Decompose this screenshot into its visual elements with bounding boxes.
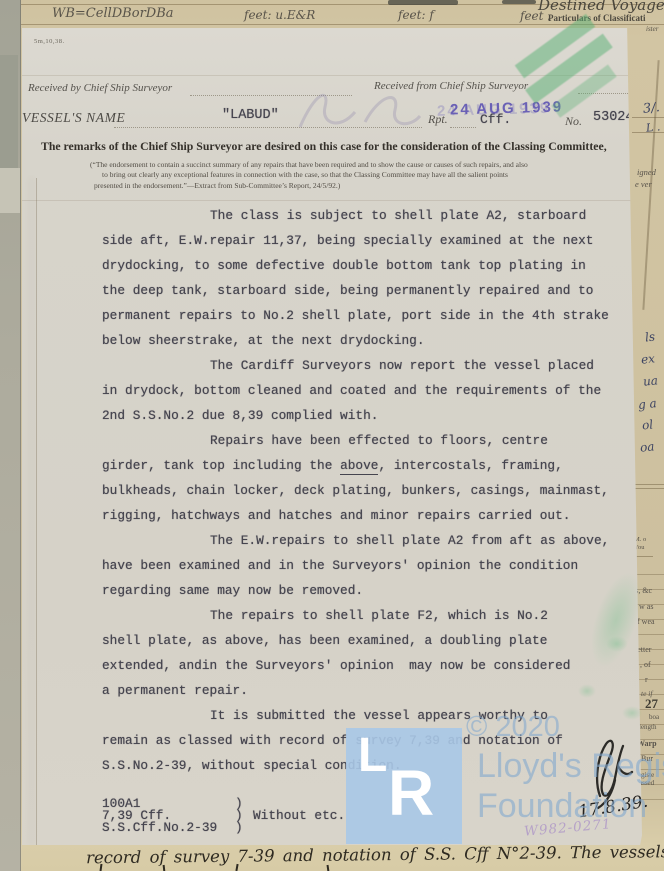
handwritten-endorsement: record of survey 7-39 and notation of S.… <box>86 842 664 868</box>
ledger-register-fragment: ister <box>646 25 658 33</box>
ink-stroke <box>327 865 330 871</box>
paper-fold-line <box>36 178 37 845</box>
endorsement-note-line: (“The endorsement to contain a succinct … <box>90 160 528 169</box>
typed-line: The class is subject to shell plate A2, … <box>210 208 586 223</box>
margin-fragment: f wea <box>637 617 655 626</box>
rpt-rule <box>450 126 476 128</box>
typed-line: have been examined and in the Surveyors'… <box>102 558 578 573</box>
scanned-survey-report: WB=CellDBorDBa feet: u.E&R feet: f feet … <box>0 0 664 871</box>
received-by-label: Received by Chief Ship Surveyor <box>28 82 172 94</box>
margin-fragment: igned <box>637 167 656 177</box>
typed-line: Repairs have been effected to floors, ce… <box>210 433 548 448</box>
margin-rule <box>632 117 664 118</box>
typed-line: extended, andin the Surveyors' opinion m… <box>102 658 570 673</box>
margin-handwriting: ol <box>641 417 653 432</box>
margin-fragment: 27 <box>645 696 658 712</box>
typed-line: girder, tank top including the above, in… <box>102 458 563 473</box>
underlined-word: above <box>340 458 378 475</box>
margin-fragment: r <box>645 675 648 684</box>
typed-line: regarding same may now be removed. <box>102 583 363 598</box>
typed-segment: , intercostals, framing, <box>378 458 562 473</box>
typed-line: The E.W.repairs to shell plate A2 from a… <box>210 533 609 548</box>
paper-crease <box>22 200 642 201</box>
typed-line: a permanent repair. <box>102 683 248 698</box>
margin-handwriting: oa <box>639 439 655 454</box>
typed-line: bulkheads, chain locker, deck plating, b… <box>102 483 609 498</box>
margin-fragment: assed <box>639 779 654 787</box>
ledger-column-text: WB=CellDBorDBa <box>52 6 174 21</box>
typed-line: side aft, E.W.repair 11,37, being specia… <box>102 233 593 248</box>
typed-line: The repairs to shell plate F2, which is … <box>210 608 548 623</box>
ledger-column-text: feet: u.E&R <box>244 8 315 22</box>
margin-fragment: giste <box>641 771 654 779</box>
typed-line: It is submitted the vessel appears worth… <box>210 708 548 723</box>
left-page-edge-patch <box>0 168 20 213</box>
green-smudge <box>606 636 628 652</box>
margin-fragment: L . <box>645 120 661 134</box>
brace-bracket: ) <box>235 820 243 835</box>
margin-fragment: boa <box>649 713 659 721</box>
green-smudge <box>622 706 642 720</box>
endorsement-note-line: to bring out clearly any exceptional fea… <box>102 170 508 179</box>
vessel-name-label: VESSEL'S NAME <box>22 110 125 126</box>
typed-line: The Cardiff Surveyors now report the ves… <box>210 358 594 373</box>
typed-line: S.S.No.2-39, without special condition. <box>102 758 402 773</box>
margin-handwriting: ua <box>642 373 658 388</box>
endorsement-note-line: presented in the endorsement.”—Extract f… <box>94 181 340 190</box>
ink-stroke <box>100 864 103 871</box>
margin-handwriting: g a <box>637 396 657 412</box>
ledger-column-text: feet: f <box>398 8 434 22</box>
margin-rule <box>632 484 664 485</box>
typed-line: 2nd S.S.No.2 due 8,39 complied with. <box>102 408 378 423</box>
typed-line: permanent repairs to No.2 shell plate, p… <box>102 308 609 323</box>
form-print-code: 5m,10,38. <box>34 38 65 45</box>
typed-line: in drydock, bottom cleaned and coated an… <box>102 383 601 398</box>
margin-handwriting: ls <box>644 330 655 345</box>
margin-fragment: e ver <box>635 179 652 189</box>
rpt-label: Rpt. <box>428 112 448 127</box>
margin-rule <box>632 488 664 489</box>
typed-line: the deep tank, starboard side, being per… <box>102 283 593 298</box>
typed-line: remain as classed with record of survey … <box>102 733 563 748</box>
typed-line: below sheerstrake, at the next drydockin… <box>102 333 425 348</box>
green-smudge <box>578 684 596 698</box>
margin-handwriting: ex <box>640 351 655 366</box>
margin-fragment: w as <box>639 602 653 611</box>
struck-text-smear <box>388 0 458 5</box>
struck-text-smear <box>502 0 536 4</box>
class-notation-line: S.S.Cff.No.2-39 <box>102 820 217 835</box>
ghost-handwriting <box>295 82 425 142</box>
typed-segment: girder, tank top including the <box>102 458 340 473</box>
footer-note: Without etc. <box>253 808 345 823</box>
typed-line: shell plate, as above, has been examined… <box>102 633 547 648</box>
margin-fragment: , of <box>640 660 651 669</box>
typed-line: rigging, hatchways and hatches and minor… <box>102 508 570 523</box>
vessel-name-value: "LABUD" <box>222 108 279 123</box>
ink-stroke <box>235 864 238 871</box>
report-document: 5m,10,38. Received by Chief Ship Surveyo… <box>22 28 642 845</box>
margin-fragment: length <box>639 723 657 731</box>
typed-line: drydocking, to some defective double bot… <box>102 258 586 273</box>
